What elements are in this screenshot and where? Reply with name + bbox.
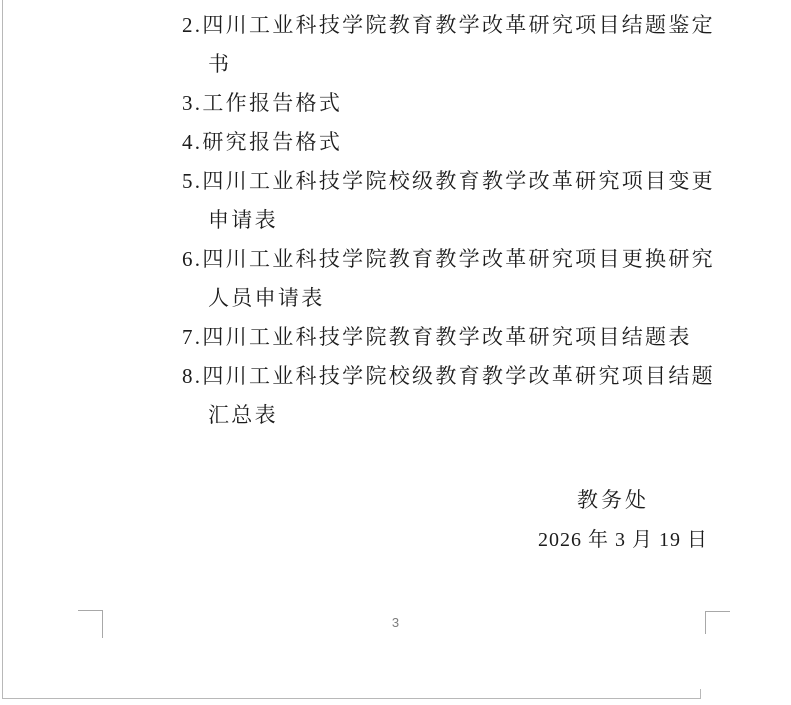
attachment-item-line: 8.四川工业科技学院校级教育教学改革研究项目结题 [182, 357, 722, 396]
attachment-item-continuation-line: 申请表 [182, 201, 722, 240]
page-number: 3 [0, 615, 791, 631]
document-page: 2.四川工业科技学院教育教学改革研究项目结题鉴定书3.工作报告格式4.研究报告格… [0, 0, 791, 705]
attachment-item-continuation-line: 汇总表 [182, 396, 722, 435]
signature-department: 教务处 [577, 481, 649, 520]
signature-date: 2026 年 3 月 19 日 [538, 521, 708, 560]
page-bottom-edge [2, 698, 701, 699]
page-left-edge [2, 0, 3, 699]
attachment-item-line: 3.工作报告格式 [182, 84, 722, 123]
page-bottom-right-corner [700, 689, 701, 699]
attachment-list: 2.四川工业科技学院教育教学改革研究项目结题鉴定书3.工作报告格式4.研究报告格… [182, 6, 722, 435]
attachment-item-line: 4.研究报告格式 [182, 123, 722, 162]
attachment-item-line: 2.四川工业科技学院教育教学改革研究项目结题鉴定 [182, 6, 722, 45]
attachment-item-continuation-line: 书 [182, 45, 722, 84]
attachment-item-line: 7.四川工业科技学院教育教学改革研究项目结题表 [182, 318, 722, 357]
attachment-item-line: 6.四川工业科技学院教育教学改革研究项目更换研究 [182, 240, 722, 279]
attachment-item-continuation-line: 人员申请表 [182, 279, 722, 318]
attachment-item-line: 5.四川工业科技学院校级教育教学改革研究项目变更 [182, 162, 722, 201]
